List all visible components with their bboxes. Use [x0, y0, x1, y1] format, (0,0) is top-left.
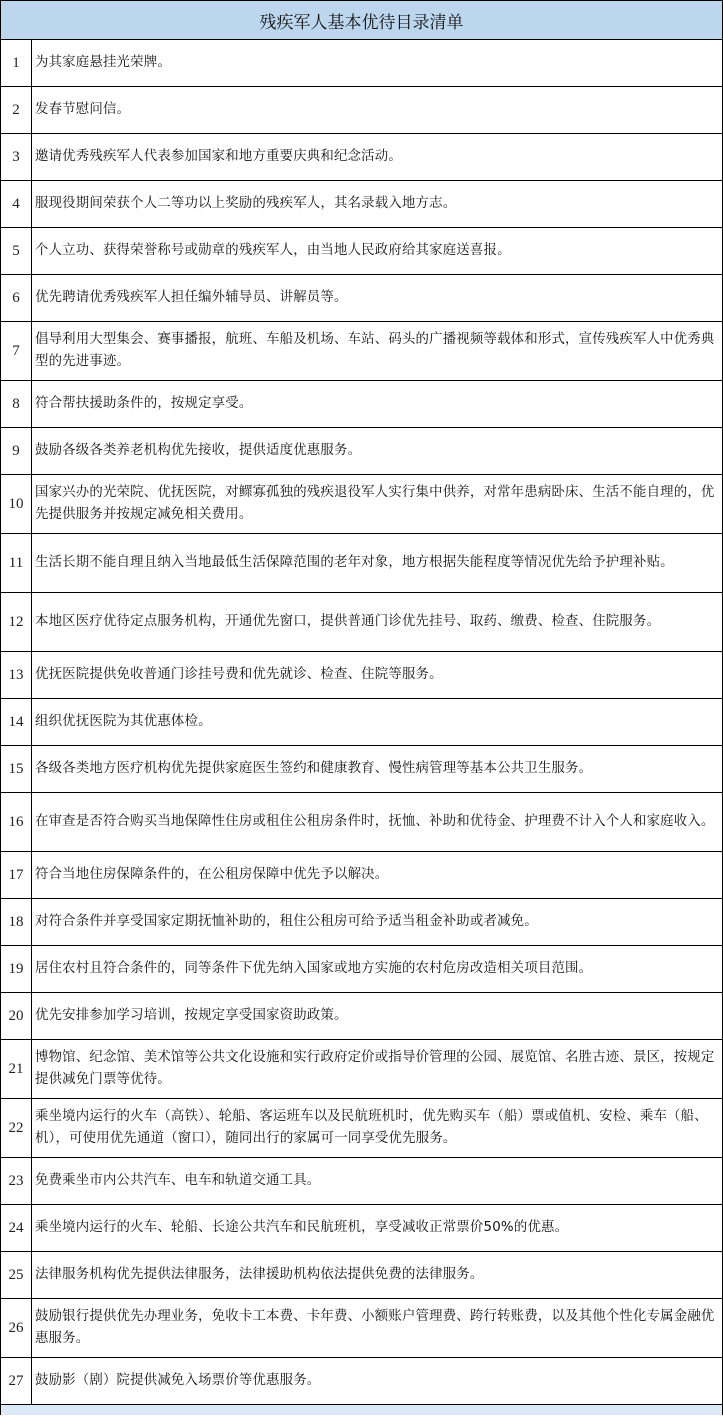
- table-row: 25法律服务机构优先提供法律服务，法律援助机构依法提供免费的法律服务。: [1, 1252, 722, 1299]
- row-text: 乘坐境内运行的火车（高铁）、轮船、客运班车以及民航班机时，优先购买车（船）票或值…: [32, 1099, 722, 1157]
- table-row: 16在审查是否符合购买当地保障性住房或租住公租房条件时，抚恤、补助和优待金、护理…: [1, 793, 722, 852]
- row-number: 20: [1, 993, 32, 1039]
- table-row: 13优抚医院提供免收普通门诊挂号费和优先就诊、检查、住院等服务。: [1, 652, 722, 699]
- table-row: 1为其家庭悬挂光荣牌。: [1, 40, 722, 87]
- row-number: 2: [1, 87, 32, 133]
- row-number: 26: [1, 1299, 32, 1357]
- row-number: 1: [1, 40, 32, 86]
- row-text: 个人立功、获得荣誉称号或勋章的残疾军人，由当地人民政府给其家庭送喜报。: [32, 228, 722, 274]
- row-number: 21: [1, 1040, 32, 1098]
- table-row: 18对符合条件并享受国家定期抚恤补助的，租住公租房可给予适当租金补助或者减免。: [1, 899, 722, 946]
- table-row: 17符合当地住房保障条件的，在公租房保障中优先予以解决。: [1, 852, 722, 899]
- row-text: 倡导利用大型集会、赛事播报，航班、车船及机场、车站、码头的广播视频等载体和形式，…: [32, 322, 722, 380]
- table-row: 12本地区医疗优待定点服务机构，开通优先窗口，提供普通门诊优先挂号、取药、缴费、…: [1, 593, 722, 652]
- row-number: 14: [1, 699, 32, 745]
- row-number: 12: [1, 593, 32, 651]
- row-text: 服现役期间荣获个人二等功以上奖励的残疾军人，其名录载入地方志。: [32, 181, 722, 227]
- row-text: 生活长期不能自理且纳入当地最低生活保障范围的老年对象，地方根据失能程度等情况优先…: [32, 534, 722, 592]
- table-row: 5个人立功、获得荣誉称号或勋章的残疾军人，由当地人民政府给其家庭送喜报。: [1, 228, 722, 275]
- row-text: 符合帮扶援助条件的，按规定享受。: [32, 381, 722, 427]
- table-row: 7倡导利用大型集会、赛事播报，航班、车船及机场、车站、码头的广播视频等载体和形式…: [1, 322, 722, 381]
- table-row: 26鼓励银行提供优先办理业务，免收卡工本费、卡年费、小额账户管理费、跨行转账费，…: [1, 1299, 722, 1358]
- table-row: 2发春节慰问信。: [1, 87, 722, 134]
- row-number: 23: [1, 1158, 32, 1204]
- row-number: 8: [1, 381, 32, 427]
- row-text: 鼓励银行提供优先办理业务，免收卡工本费、卡年费、小额账户管理费、跨行转账费，以及…: [32, 1299, 722, 1357]
- row-number: 17: [1, 852, 32, 898]
- table-row: 15各级各类地方医疗机构优先提供家庭医生签约和健康教育、慢性病管理等基本公共卫生…: [1, 746, 722, 793]
- row-number: 27: [1, 1358, 32, 1404]
- row-number: 16: [1, 793, 32, 851]
- table-row: 4服现役期间荣获个人二等功以上奖励的残疾军人，其名录载入地方志。: [1, 181, 722, 228]
- row-text: 鼓励各级各类养老机构优先接收，提供适度优惠服务。: [32, 428, 722, 474]
- row-text: 居住农村且符合条件的，同等条件下优先纳入国家或地方实施的农村危房改造相关项目范围…: [32, 946, 722, 992]
- row-number: 15: [1, 746, 32, 792]
- row-text: 对符合条件并享受国家定期抚恤补助的，租住公租房可给予适当租金补助或者减免。: [32, 899, 722, 945]
- row-text: 符合当地住房保障条件的，在公租房保障中优先予以解决。: [32, 852, 722, 898]
- row-number: 7: [1, 322, 32, 380]
- table-row: 8符合帮扶援助条件的，按规定享受。: [1, 381, 722, 428]
- table-title: 残疾军人基本优待目录清单: [1, 0, 722, 40]
- row-number: 24: [1, 1205, 32, 1251]
- table-row: 19居住农村且符合条件的，同等条件下优先纳入国家或地方实施的农村危房改造相关项目…: [1, 946, 722, 993]
- table-row: 23免费乘坐市内公共汽车、电车和轨道交通工具。: [1, 1158, 722, 1205]
- row-text: 发春节慰问信。: [32, 87, 722, 133]
- row-text: 优先安排参加学习培训，按规定享受国家资助政策。: [32, 993, 722, 1039]
- row-number: 18: [1, 899, 32, 945]
- row-text: 国家兴办的光荣院、优抚医院，对鳏寡孤独的残疾退役军人实行集中供养，对常年患病卧床…: [32, 475, 722, 533]
- row-number: 19: [1, 946, 32, 992]
- row-number: 10: [1, 475, 32, 533]
- row-text: 在审查是否符合购买当地保障性住房或租住公租房条件时，抚恤、补助和优待金、护理费不…: [32, 793, 722, 851]
- row-text: 邀请优秀残疾军人代表参加国家和地方重要庆典和纪念活动。: [32, 134, 722, 180]
- table-row: 27鼓励影（剧）院提供减免入场票价等优惠服务。: [1, 1358, 722, 1405]
- table-row: 14组织优抚医院为其优惠体检。: [1, 699, 722, 746]
- row-number: 9: [1, 428, 32, 474]
- row-number: 22: [1, 1099, 32, 1157]
- table-row: 11生活长期不能自理且纳入当地最低生活保障范围的老年对象，地方根据失能程度等情况…: [1, 534, 722, 593]
- table-row: 24乘坐境内运行的火车、轮船、长途公共汽车和民航班机，享受减收正常票价50%的优…: [1, 1205, 722, 1252]
- row-text: 各级各类地方医疗机构优先提供家庭医生签约和健康教育、慢性病管理等基本公共卫生服务…: [32, 746, 722, 792]
- row-number: 6: [1, 275, 32, 321]
- row-text: 为其家庭悬挂光荣牌。: [32, 40, 722, 86]
- row-number: 5: [1, 228, 32, 274]
- table-row: 9鼓励各级各类养老机构优先接收，提供适度优惠服务。: [1, 428, 722, 475]
- table-row: 10国家兴办的光荣院、优抚医院，对鳏寡孤独的残疾退役军人实行集中供养，对常年患病…: [1, 475, 722, 534]
- row-number: 11: [1, 534, 32, 592]
- row-text: 优先聘请优秀残疾军人担任编外辅导员、讲解员等。: [32, 275, 722, 321]
- row-number: 13: [1, 652, 32, 698]
- table-row: 6优先聘请优秀残疾军人担任编外辅导员、讲解员等。: [1, 275, 722, 322]
- row-text: 优抚医院提供免收普通门诊挂号费和优先就诊、检查、住院等服务。: [32, 652, 722, 698]
- table-row: 21博物馆、纪念馆、美术馆等公共文化设施和实行政府定价或指导价管理的公园、展览馆…: [1, 1040, 722, 1099]
- row-number: 3: [1, 134, 32, 180]
- row-text: 鼓励影（剧）院提供减免入场票价等优惠服务。: [32, 1358, 722, 1404]
- benefits-table: 残疾军人基本优待目录清单 1为其家庭悬挂光荣牌。 2发春节慰问信。 3邀请优秀残…: [0, 0, 723, 1415]
- row-text: 博物馆、纪念馆、美术馆等公共文化设施和实行政府定价或指导价管理的公园、展览馆、名…: [32, 1040, 722, 1098]
- footer-band: [1, 1405, 722, 1415]
- table-row: 22乘坐境内运行的火车（高铁）、轮船、客运班车以及民航班机时，优先购买车（船）票…: [1, 1099, 722, 1158]
- row-text: 组织优抚医院为其优惠体检。: [32, 699, 722, 745]
- row-text: 本地区医疗优待定点服务机构，开通优先窗口，提供普通门诊优先挂号、取药、缴费、检查…: [32, 593, 722, 651]
- row-text: 乘坐境内运行的火车、轮船、长途公共汽车和民航班机，享受减收正常票价50%的优惠。: [32, 1205, 722, 1251]
- row-number: 25: [1, 1252, 32, 1298]
- row-number: 4: [1, 181, 32, 227]
- row-text: 法律服务机构优先提供法律服务，法律援助机构依法提供免费的法律服务。: [32, 1252, 722, 1298]
- row-text: 免费乘坐市内公共汽车、电车和轨道交通工具。: [32, 1158, 722, 1204]
- table-row: 3邀请优秀残疾军人代表参加国家和地方重要庆典和纪念活动。: [1, 134, 722, 181]
- table-row: 20优先安排参加学习培训，按规定享受国家资助政策。: [1, 993, 722, 1040]
